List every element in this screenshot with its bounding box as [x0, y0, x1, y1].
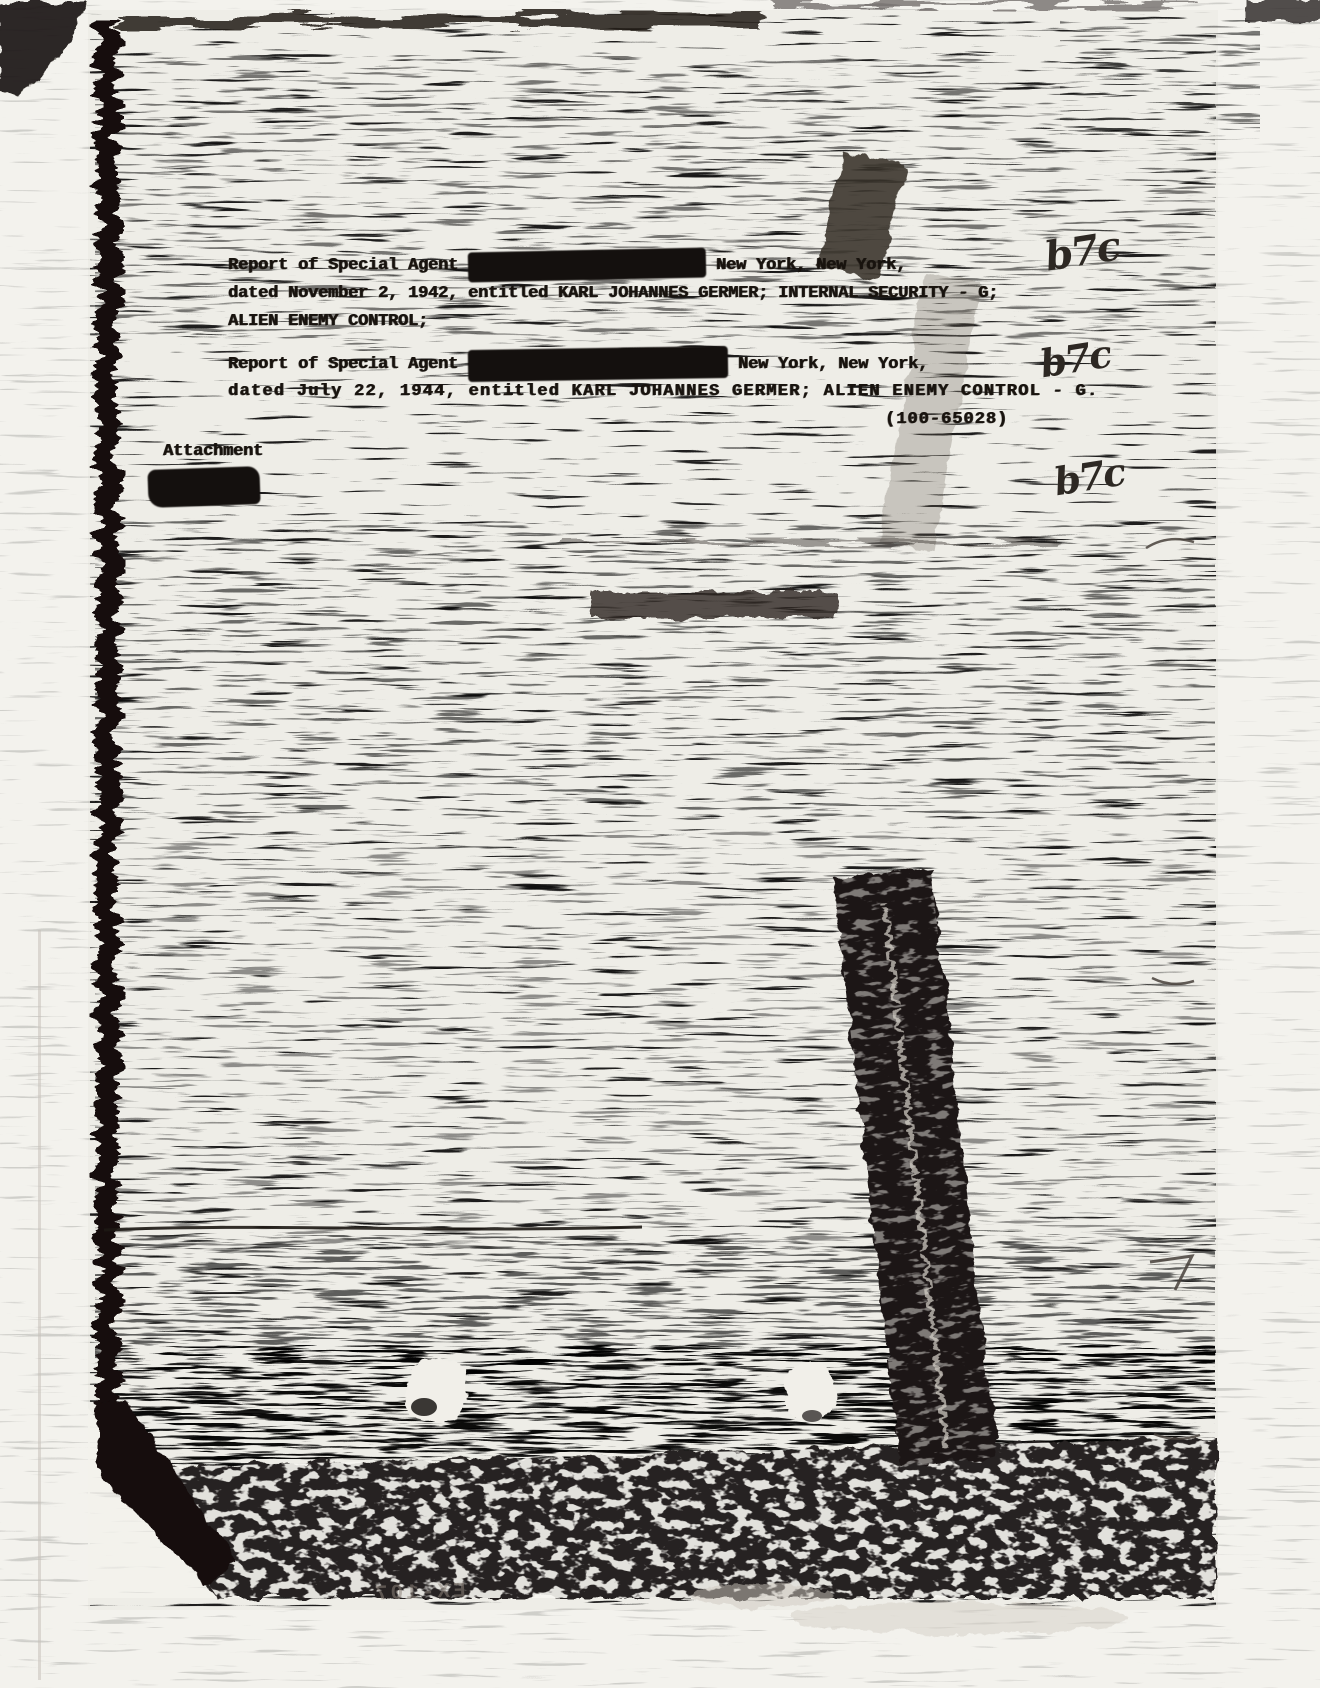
- report-1-prefix: Report of Special Agent: [228, 256, 458, 275]
- handwritten-b7c-annotation: b7c: [1051, 453, 1126, 502]
- report-paragraph-2-line-2: dated July 22, 1944, entitled KARL JOHAN…: [228, 382, 1098, 401]
- mirrored-ex107-stamp: EX-107: [372, 1580, 466, 1606]
- handwritten-b7c-annotation: b7c: [1042, 226, 1122, 277]
- redaction-blob: [147, 466, 260, 508]
- redaction-bar: [468, 248, 707, 283]
- scanned-document-page: Report of Special Agent New York, New Yo…: [0, 0, 1320, 1688]
- report-2-prefix: Report of Special Agent: [228, 355, 458, 374]
- attachment-label: Attachment: [163, 442, 263, 461]
- handwritten-b7c-annotation: b7c: [1037, 335, 1112, 384]
- redaction-bar: [468, 346, 728, 382]
- document-text-layer: Report of Special Agent New York, New Yo…: [0, 0, 1320, 1688]
- report-1-suffix: New York, New York,: [716, 256, 906, 275]
- report-paragraph-1-line-3: ALIEN ENEMY CONTROL;: [228, 312, 428, 331]
- report-paragraph-1-line-1: Report of Special Agent New York, New Yo…: [228, 250, 906, 280]
- file-number: (100-65028): [885, 410, 1008, 429]
- report-paragraph-2-line-1: Report of Special Agent New York, New Yo…: [228, 348, 928, 380]
- report-2-suffix: New York, New York,: [738, 355, 928, 374]
- report-paragraph-1-line-2: dated November 2, 1942, entitled KARL JO…: [228, 284, 998, 303]
